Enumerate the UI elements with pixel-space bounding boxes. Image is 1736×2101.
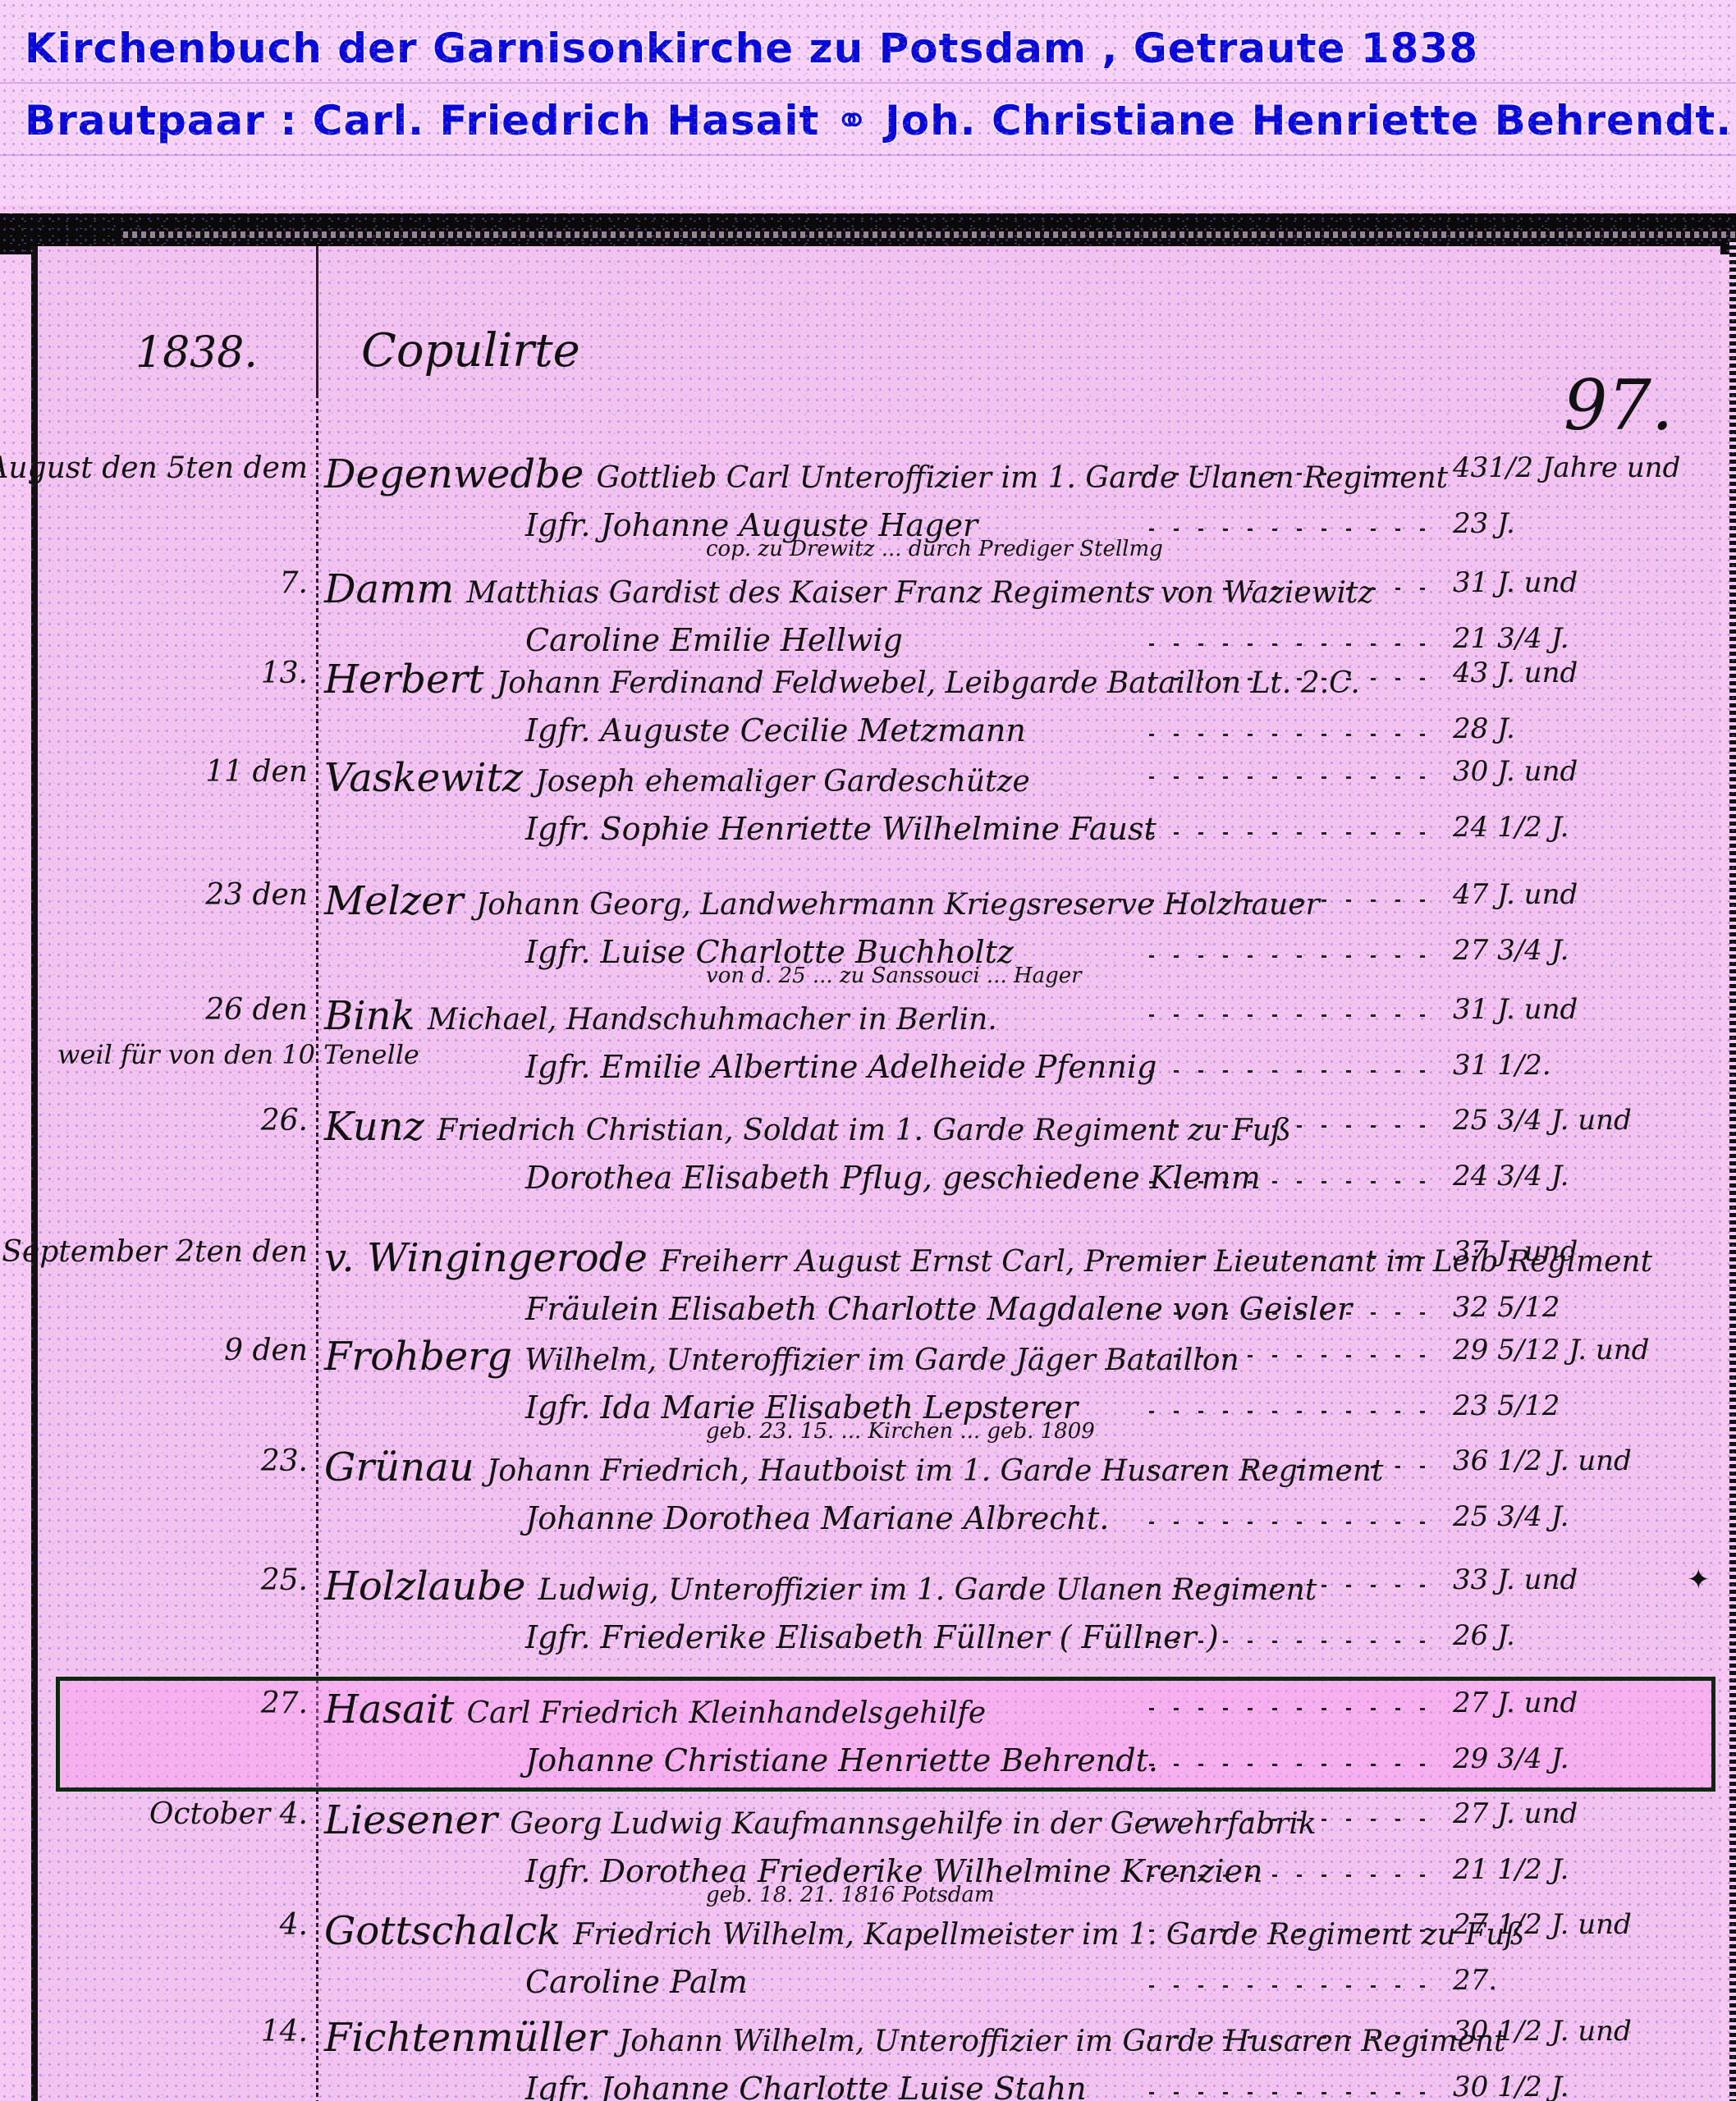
leader-dots [1149, 2092, 1436, 2094]
bride: Igfr. Johanne Charlotte Luise Stahn [525, 2071, 1087, 2101]
bride-age: 29 3/4 J. [1453, 1742, 1569, 1775]
note-couple: Brautpaar : Carl. Friedrich Hasait ⚭ Joh… [25, 97, 1732, 144]
entry-date: 26. [261, 1104, 308, 1137]
entry-date: October 4. [149, 1797, 308, 1831]
entry-date: 9 den [224, 1334, 308, 1367]
groom: Hasait Carl Friedrich Kleinhandelsgehilf… [324, 1687, 986, 1733]
groom-details: Georg Ludwig Kaufmannsgehilfe in der Gew… [510, 1807, 1316, 1841]
groom-age: 30 1/2 J. und [1453, 2015, 1632, 2048]
bride: Igfr. Auguste Cecilie Metzmann [525, 712, 1026, 748]
entry-date: 14. [261, 2015, 308, 2048]
groom-age: 47 J. und [1453, 878, 1578, 911]
groom-details: Johann Ferdinand Feldwebel, Leibgarde Ba… [497, 666, 1360, 700]
entry-date: 25. [261, 1563, 308, 1597]
bride: Fräulein Elisabeth Charlotte Magdalene v… [525, 1291, 1352, 1327]
page-number: 97. [1564, 365, 1674, 446]
entry-date: 23. [261, 1444, 308, 1478]
bride-age: 23 5/12 [1453, 1389, 1560, 1422]
bride-age: 21 1/2 J. [1453, 1853, 1569, 1886]
groom-age: 33 J. und [1453, 1563, 1578, 1596]
leader-dots [1149, 678, 1436, 680]
groom-age: 29 5/12 J. und [1453, 1334, 1649, 1366]
groom-age: 31 J. und [1453, 993, 1578, 1026]
leader-dots [1149, 1585, 1436, 1587]
groom-details: Gottlieb Carl Unteroffizier im 1. Garde … [597, 461, 1449, 495]
leader-dots [1149, 1125, 1436, 1128]
leader-dots [1149, 1641, 1436, 1643]
groom-surname: Frohberg [324, 1334, 524, 1380]
leader-dots [1149, 1764, 1436, 1766]
divider [0, 154, 1736, 156]
groom-age: 31 J. und [1453, 566, 1578, 599]
page-edge [1729, 238, 1736, 2101]
bride-age: 30 1/2 J. [1453, 2071, 1569, 2101]
groom-surname: Vaskewitz [324, 755, 535, 801]
leader-dots [1149, 734, 1436, 736]
entry-date: 26 den [205, 993, 308, 1027]
groom-details: Johann Friedrich, Hautboist im 1. Garde … [487, 1454, 1384, 1488]
bride-age: 26 J. [1453, 1619, 1515, 1652]
bride: Johanne Christiane Henriette Behrendt. [525, 1742, 1158, 1778]
leader-dots [1149, 832, 1436, 835]
leader-dots [1149, 2036, 1436, 2039]
leader-dots [1149, 1181, 1436, 1183]
bride-age: 27 3/4 J. [1453, 934, 1569, 967]
margin-mark: ✦ [1687, 1563, 1711, 1596]
entry-date: August den 5ten dem [0, 451, 308, 485]
entry-date: September 2ten den [2, 1235, 308, 1269]
register-year: 1838. [135, 328, 258, 378]
note-title: Kirchenbuch der Garnisonkirche zu Potsda… [25, 25, 1478, 72]
groom-age: 37 J. und [1453, 1235, 1578, 1268]
bride-age: 21 3/4 J. [1453, 622, 1569, 655]
leader-dots [1149, 473, 1436, 475]
bride-age: 24 3/4 J. [1453, 1160, 1569, 1192]
groom-age: 43 J. und [1453, 657, 1578, 689]
bride-age: 32 5/12 [1453, 1291, 1560, 1324]
groom: Kunz Friedrich Christian, Soldat im 1. G… [324, 1104, 1291, 1150]
leader-dots [1149, 1708, 1436, 1710]
groom-surname: Holzlaube [324, 1563, 538, 1609]
groom-surname: Kunz [324, 1104, 437, 1150]
bride: Igfr. Sophie Henriette Wilhelmine Faust [525, 811, 1157, 847]
leader-dots [1149, 1014, 1436, 1017]
groom: Frohberg Wilhelm, Unteroffizier im Garde… [324, 1334, 1239, 1380]
groom-age: 431/2 Jahre und [1453, 451, 1680, 484]
groom-surname: v. Wingingerode [324, 1235, 660, 1281]
entry-note: von d. 25 ... zu Sanssouci ... Hager [706, 964, 1082, 988]
entry-date: 23 den [205, 878, 308, 912]
groom-surname: Herbert [324, 657, 497, 703]
leader-dots [1149, 1466, 1436, 1468]
groom-age: 36 1/2 J. und [1453, 1444, 1632, 1477]
bride-age: 28 J. [1453, 712, 1515, 745]
groom-age: 27 J. und [1453, 1797, 1578, 1830]
groom-details: Johann Wilhelm, Unteroffizier im Garde H… [619, 2025, 1506, 2058]
divider [0, 82, 1736, 84]
groom-surname: Hasait [324, 1687, 467, 1733]
entry-date: 13. [261, 657, 308, 690]
groom-surname: Damm [324, 566, 466, 612]
leader-dots [1149, 588, 1436, 590]
entry-date: 27. [261, 1687, 308, 1720]
leader-dots [1149, 899, 1436, 902]
groom-surname: Grünau [324, 1444, 487, 1490]
entry-date: 4. [280, 1908, 308, 1942]
leader-dots [1149, 529, 1436, 531]
groom-details: Johann Georg, Landwehrmann Kriegsreserve… [476, 888, 1320, 922]
bride: Igfr. Friederike Elisabeth Füllner ( Fül… [525, 1619, 1219, 1655]
leader-dots [1149, 1070, 1436, 1073]
groom-age: 25 3/4 J. und [1453, 1104, 1632, 1137]
leader-dots [1149, 1985, 1436, 1988]
groom-age: 27 J. und [1453, 1687, 1578, 1719]
groom-surname: Bink [324, 993, 428, 1039]
leader-dots [1149, 1312, 1436, 1315]
groom-details: Friedrich Christian, Soldat im 1. Garde … [437, 1114, 1291, 1147]
entry-date: 11 den [205, 755, 308, 789]
groom-age: 27 1/2 J. und [1453, 1908, 1632, 1941]
leader-dots [1149, 776, 1436, 779]
groom-surname: Liesener [324, 1797, 510, 1843]
leader-dots [1149, 955, 1436, 958]
entry-note: cop. zu Drewitz ... durch Prediger Stell… [706, 537, 1163, 561]
groom-details: Carl Friedrich Kleinhandelsgehilfe [467, 1696, 987, 1730]
margin-note: weil für von den 10 Tenelle [57, 1039, 419, 1070]
bride-age: 24 1/2 J. [1453, 811, 1569, 844]
bride: Igfr. Emilie Albertine Adelheide Pfennig [525, 1049, 1157, 1085]
groom-details: Joseph ehemaliger Gardeschütze [535, 765, 1030, 799]
bride: Caroline Emilie Hellwig [525, 622, 903, 658]
register-heading: Copulirte [361, 324, 580, 378]
bride-age: 31 1/2. [1453, 1049, 1551, 1082]
bride: Caroline Palm [525, 1964, 748, 2000]
groom-details: Friedrich Wilhelm, Kapellmeister im 1. G… [573, 1918, 1524, 1952]
entry-date: 7. [280, 566, 308, 600]
groom: Bink Michael, Handschuhmacher in Berlin. [324, 993, 997, 1039]
leader-dots [1149, 1411, 1436, 1413]
leader-dots [1149, 1522, 1436, 1524]
groom-surname: Melzer [324, 878, 476, 924]
leader-dots [1149, 643, 1436, 646]
groom-details: Wilhelm, Unteroffizier im Garde Jäger Ba… [524, 1343, 1239, 1377]
leader-dots [1149, 1819, 1436, 1821]
groom-surname: Fichtenmüller [324, 2015, 619, 2061]
groom-details: Michael, Handschuhmacher in Berlin. [428, 1003, 997, 1037]
groom-age: 30 J. und [1453, 755, 1578, 788]
bride-age: 27. [1453, 1964, 1497, 1997]
bride: Johanne Dorothea Mariane Albrecht. [525, 1500, 1109, 1536]
groom-surname: Degenwedbe [324, 451, 597, 497]
groom-details: Ludwig, Unteroffizier im 1. Garde Ulanen… [538, 1573, 1317, 1607]
groom: Vaskewitz Joseph ehemaliger Gardeschütze [324, 755, 1030, 801]
groom-details: Matthias Gardist des Kaiser Franz Regime… [466, 576, 1373, 610]
leader-dots [1149, 1256, 1436, 1259]
groom-surname: Gottschalck [324, 1908, 573, 1954]
transcription-note: Kirchenbuch der Garnisonkirche zu Potsda… [0, 0, 1736, 205]
bride: Dorothea Elisabeth Pflug, geschiedene Kl… [525, 1160, 1261, 1196]
entry-note: geb. 23. 15. ... Kirchen ... geb. 1809 [706, 1419, 1095, 1444]
bride-age: 23 J. [1453, 507, 1515, 540]
bride-age: 25 3/4 J. [1453, 1500, 1569, 1533]
entry-note: geb. 18. 21. 1816 Potsdam [706, 1883, 995, 1907]
leader-dots [1149, 1874, 1436, 1877]
column-rule [316, 246, 318, 2101]
leader-dots [1149, 1929, 1436, 1932]
leader-dots [1149, 1355, 1436, 1357]
